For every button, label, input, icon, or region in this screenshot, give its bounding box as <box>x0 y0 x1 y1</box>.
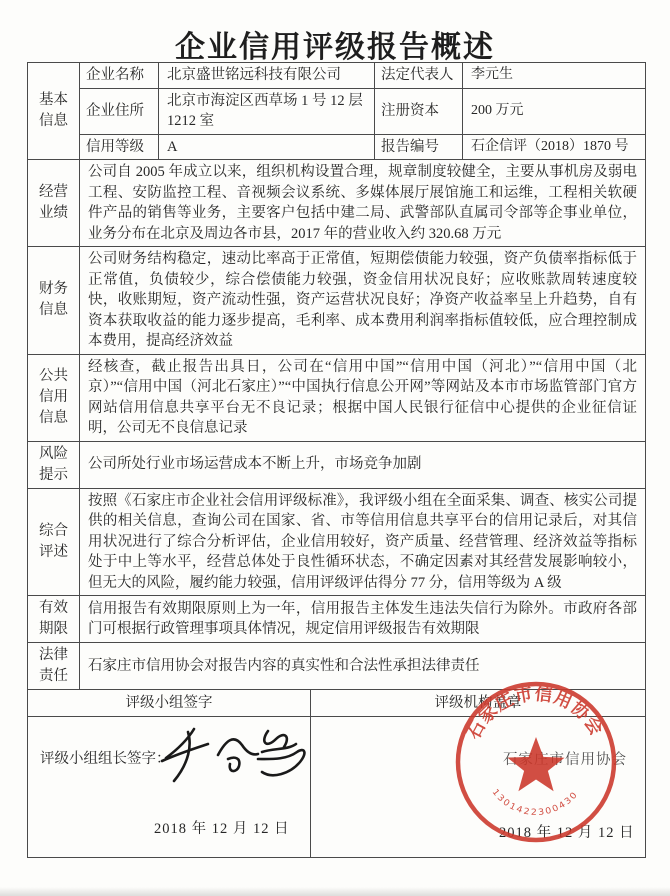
table-row: 法律责任 石家庄市信用协会对报告内容的真实性和合法性承担法律责任 <box>28 643 646 690</box>
section-text-legal-liability: 石家庄市信用协会对报告内容的真实性和合法性承担法律责任 <box>80 643 646 690</box>
page-title: 企业信用评级报告概述 <box>0 22 670 66</box>
field-label-legal-representative: 法定代表人 <box>375 63 463 89</box>
section-label-legal-liability: 法律责任 <box>28 643 80 690</box>
seal-cell: 石家庄市信用协会 石家庄市信用协会 <box>311 717 646 858</box>
team-leader-signature-label: 评级小组组长签字： <box>40 749 171 770</box>
main-table: 基本信息 企业名称 北京盛世铭远科技有限公司 法定代表人 李元生 企业住所 北京… <box>27 62 646 690</box>
table-row: 信用等级 A 报告编号 石企信评（2018）1870 号 <box>28 134 646 160</box>
table-row: 企业住所 北京市海淀区西草场 1 号 12 层 1212 室 注册资本 200 … <box>28 88 646 134</box>
scan-page-edge <box>0 887 670 896</box>
field-label-report-number: 报告编号 <box>375 134 463 160</box>
seal-number: 1301422300430 <box>490 787 581 818</box>
field-value-legal-representative: 李元生 <box>463 63 646 89</box>
table-row: 评级小组签字 评级机构盖章 <box>28 690 646 717</box>
table-row: 财务信息 公司财务结构稳定，速动比率高于正常值，短期偿债能力较强，资产负债率指标… <box>28 247 646 355</box>
signature-cell: 评级小组组长签字： <box>28 717 311 858</box>
signoff-table: 评级小组签字 评级机构盖章 评级小组组长签字： <box>27 689 646 858</box>
handwritten-signature <box>156 723 316 789</box>
field-value-registered-capital: 200 万元 <box>463 88 646 134</box>
table-row: 风险提示 公司所处行业市场运营成本不断上升，市场竞争加剧 <box>28 441 646 488</box>
svg-text:1301422300430: 1301422300430 <box>490 787 581 818</box>
report-table: 基本信息 企业名称 北京盛世铭远科技有限公司 法定代表人 李元生 企业住所 北京… <box>27 62 645 858</box>
section-label-business-performance: 经营业绩 <box>28 160 80 247</box>
field-label-company-name: 企业名称 <box>80 63 159 89</box>
field-value-report-number: 石企信评（2018）1870 号 <box>463 134 646 160</box>
table-row: 经营业绩 公司自 2005 年成立以来，组织机构设置合理，规章制度较健全，主要从… <box>28 160 646 247</box>
signoff-header-team-signature: 评级小组签字 <box>28 690 311 717</box>
signature-date: 2018 年 12 月 12 日 <box>154 819 290 840</box>
section-label-public-credit-info: 公共信用信息 <box>28 354 80 441</box>
field-value-credit-rating: A <box>159 134 375 160</box>
field-label-company-address: 企业住所 <box>80 88 159 134</box>
section-label-overall-review: 综合评述 <box>28 488 80 596</box>
table-row: 公共信用信息 经核查，截止报告出具日，公司在“信用中国”“信用中国（河北）”“信… <box>28 354 646 441</box>
section-text-business-performance: 公司自 2005 年成立以来，组织机构设置合理，规章制度较健全，主要从事机房及弱… <box>80 160 646 247</box>
section-text-validity-period: 信用报告有效期限原则上为一年，信用报告主体发生违法失信行为除外。市政府各部门可根… <box>80 596 646 643</box>
section-label-risk-warning: 风险提示 <box>28 441 80 488</box>
table-row: 综合评述 按照《石家庄市企业社会信用评级标准》，我评级小组在全面采集、调查、核实… <box>28 488 646 596</box>
section-text-risk-warning: 公司所处行业市场运营成本不断上升，市场竞争加剧 <box>80 441 646 488</box>
field-value-company-name: 北京盛世铭远科技有限公司 <box>159 63 375 89</box>
section-label-financial-info: 财务信息 <box>28 247 80 355</box>
report-page: 企业信用评级报告概述 基本信息 企业名称 北京盛世铭远科技有限公司 法定代表人 … <box>0 0 670 896</box>
section-text-public-credit-info: 经核查，截止报告出具日，公司在“信用中国”“信用中国（河北）”“信用中国（北京）… <box>80 354 646 441</box>
table-row: 评级小组组长签字： <box>28 717 646 858</box>
field-label-credit-rating: 信用等级 <box>80 134 159 160</box>
signoff-header-agency-seal: 评级机构盖章 <box>311 690 646 717</box>
agency-name: 石家庄市信用协会 <box>503 750 627 771</box>
section-label-basic-info: 基本信息 <box>28 63 80 160</box>
section-text-overall-review: 按照《石家庄市企业社会信用评级标准》，我评级小组在全面采集、调查、核实公司提供的… <box>80 488 646 596</box>
table-row: 有效期限 信用报告有效期限原则上为一年，信用报告主体发生违法失信行为除外。市政府… <box>28 596 646 643</box>
field-value-company-address: 北京市海淀区西草场 1 号 12 层 1212 室 <box>159 88 375 134</box>
section-text-financial-info: 公司财务结构稳定，速动比率高于正常值，短期偿债能力较强，资产负债率指标低于正常值… <box>80 247 646 355</box>
seal-date: 2018 年 12 月 12 日 <box>499 823 635 844</box>
section-label-validity-period: 有效期限 <box>28 596 80 643</box>
table-row: 基本信息 企业名称 北京盛世铭远科技有限公司 法定代表人 李元生 <box>28 63 646 89</box>
field-label-registered-capital: 注册资本 <box>375 88 463 134</box>
